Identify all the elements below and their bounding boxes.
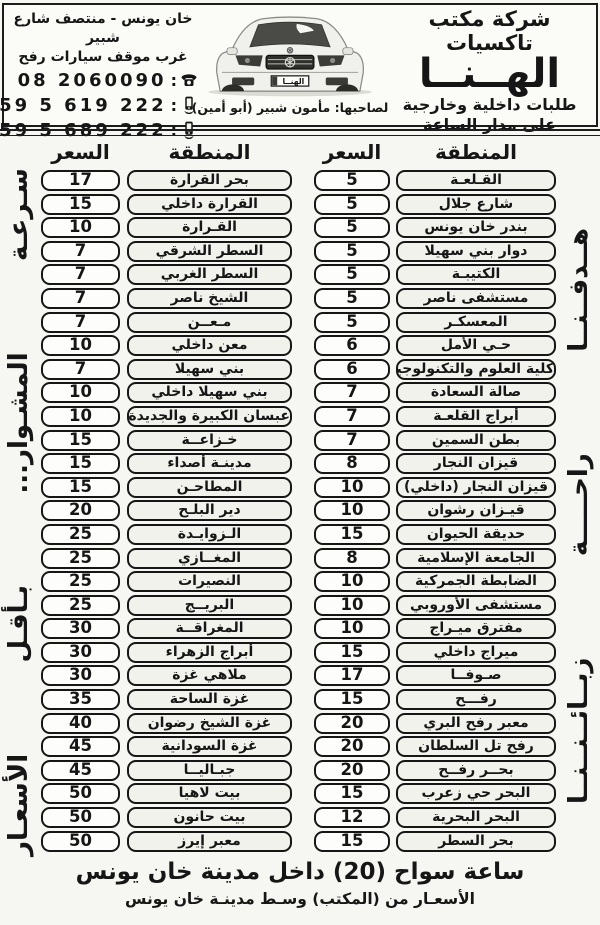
area-cell: كلية العلوم والتكنولوجيا [396,359,556,380]
price-cell: 35 [41,689,120,710]
table-row: الجامعة الإسلامية8 [312,548,556,569]
price-cell: 7 [41,312,120,333]
table-row: المغراقــة30 [38,618,292,639]
table-row: بني سهيلا7 [38,359,292,380]
area-cell: شارع جلال [396,194,556,215]
contact-block: خان يونس - منتصف شارع شبير غرب موقف سيار… [8,10,198,142]
table-row: معبر إيرز50 [38,831,292,852]
table-row: البحر البحرية12 [312,807,556,828]
price-cell: 7 [314,430,390,451]
price-cell: 10 [41,217,120,238]
area-cell: ميراج داخلي [396,642,556,663]
area-cell: الكتيبـة [396,264,556,285]
area-cell: أبراج القلعـة [396,406,556,427]
footer-note: الأسعـار من (المكتب) وسـط مدينـة خان يون… [0,887,600,911]
area-cell: مدينـة أصداء [127,453,292,474]
table-row: البريــج25 [38,595,292,616]
table-row: حديقة الحيوان15 [312,524,556,545]
table-row: القـرارة10 [38,217,292,238]
table-row: البحر حي زعرب15 [312,783,556,804]
table-row: المطاحـن15 [38,477,292,498]
area-cell: بطن السمين [396,430,556,451]
area-cell: النصيرات [127,571,292,592]
table-row: أبراج الزهراء30 [38,642,292,663]
table-row: أبراج القلعـة7 [312,406,556,427]
price-cell: 10 [314,618,390,639]
area-cell: حـي الأمل [396,335,556,356]
phone-row: : 059 5 619 222 [8,93,198,117]
area-cell: بيت لاهيا [127,783,292,804]
price-cell: 15 [41,477,120,498]
table-row: النصيرات25 [38,571,292,592]
table-row: كلية العلوم والتكنولوجيا6 [312,359,556,380]
table-row: ملاهي غزة30 [38,665,292,686]
price-cell: 15 [314,642,390,663]
phone-number: 059 5 619 222 [0,95,167,116]
table-row: الـزوايـدة25 [38,524,292,545]
area-cell: صـوفــا [396,665,556,686]
company-block: شركة مكتب تاكسيات الهــنــا طلبات داخلية… [387,7,592,135]
price-cell: 15 [314,831,390,852]
table-row: الضابطة الجمركية10 [312,571,556,592]
table-body: بحر القرارة17القرارة داخلي15القـرارة10ال… [38,170,292,852]
table-row: السطر الشرقي7 [38,241,292,262]
table-row: معن داخلي10 [38,335,292,356]
footer: ساعة سواح (20) داخل مدينة خان يونس الأسع… [0,857,600,911]
table-row: مـعــن7 [38,312,292,333]
table-row: الشيخ ناصر7 [38,288,292,309]
column-header-area: المنطقة [396,140,556,164]
colon: : [171,71,177,90]
table-row: جبـاليــا45 [38,760,292,781]
price-cell: 10 [314,500,390,521]
price-cell: 20 [314,760,390,781]
price-cell: 10 [314,477,390,498]
price-cell: 5 [314,264,390,285]
price-cell: 7 [41,264,120,285]
table-row: بحــر رفــح20 [312,760,556,781]
price-cell: 25 [41,524,120,545]
mobile-icon [180,96,198,114]
price-cell: 5 [314,312,390,333]
area-cell: جبـاليــا [127,760,292,781]
area-cell: عبسان الكبيرة والجديدة [127,406,292,427]
area-cell: معبر رفح البري [396,713,556,734]
price-cell: 12 [314,807,390,828]
car-image: الهنــا [196,6,384,98]
brand-logo-text: الهــنــا [387,53,592,95]
price-cell: 7 [41,288,120,309]
table-header: المنطقة السعر [38,139,292,165]
table-row: رفـــح15 [312,689,556,710]
price-cell: 6 [314,335,390,356]
area-cell: القـرارة [127,217,292,238]
footer-tour-rate: ساعة سواح (20) داخل مدينة خان يونس [0,857,600,887]
area-cell: رفـــح [396,689,556,710]
area-cell: البحر حي زعرب [396,783,556,804]
price-cell: 20 [314,736,390,757]
area-cell: رفح تل السلطان [396,736,556,757]
price-cell: 10 [41,382,120,403]
price-cell: 15 [41,453,120,474]
telephone-icon [180,71,198,89]
area-cell: مستشفى ناصر [396,288,556,309]
area-cell: مستشفى الأوروبي [396,595,556,616]
price-cell: 7 [314,406,390,427]
price-cell: 15 [41,430,120,451]
price-table-left: المنطقة السعر بحر القرارة17القرارة داخلي… [38,139,292,854]
table-row: المغــازي25 [38,548,292,569]
price-cell: 10 [314,595,390,616]
table-row: غزة الساحة35 [38,689,292,710]
table-row: مستشفى الأوروبي10 [312,595,556,616]
colon: : [171,96,177,115]
table-row: دوار بني سهيلا5 [312,241,556,262]
owner-line: لصاحبها: مأمون شبير (أبو أمين) [184,100,396,115]
table-row: مستشفى ناصر5 [312,288,556,309]
table-row: بيت حانون50 [38,807,292,828]
table-row: قيزان النجار (داخلي)10 [312,477,556,498]
table-row: مدينـة أصداء15 [38,453,292,474]
area-cell: معن داخلي [127,335,292,356]
price-cell: 10 [41,406,120,427]
area-cell: القرارة داخلي [127,194,292,215]
price-cell: 5 [314,241,390,262]
table-row: بندر خان يونس5 [312,217,556,238]
area-cell: بحر السطر [396,831,556,852]
table-row: بحر القرارة17 [38,170,292,191]
price-cell: 50 [41,807,120,828]
price-cell: 5 [314,288,390,309]
table-row: القـلعـة5 [312,170,556,191]
area-cell: غزة الشيخ رضوان [127,713,292,734]
area-cell: القـلعـة [396,170,556,191]
price-cell: 7 [41,241,120,262]
area-cell: صالة السعادة [396,382,556,403]
table-header: المنطقة السعر [312,139,556,165]
price-cell: 30 [41,665,120,686]
area-cell: غزة السودانية [127,736,292,757]
table-row: عبسان الكبيرة والجديدة10 [38,406,292,427]
table-row: معبر رفح البري20 [312,713,556,734]
area-cell: قيزان النجار [396,453,556,474]
area-cell: دوار بني سهيلا [396,241,556,262]
area-cell: مـعــن [127,312,292,333]
area-cell: بحــر رفــح [396,760,556,781]
area-cell: معبر إيرز [127,831,292,852]
area-cell: المغراقــة [127,618,292,639]
price-cell: 50 [41,831,120,852]
table-row: القرارة داخلي15 [38,194,292,215]
table-row: غزة السودانية45 [38,736,292,757]
table-row: قيزان النجار8 [312,453,556,474]
area-cell: خـزاعــة [127,430,292,451]
license-plate-text: الهنــا [283,77,305,86]
area-cell: الجامعة الإسلامية [396,548,556,569]
area-cell: المغــازي [127,548,292,569]
area-cell: الـزوايـدة [127,524,292,545]
price-cell: 30 [41,618,120,639]
area-cell: بني سهيلا [127,359,292,380]
price-cell: 10 [314,571,390,592]
price-cell: 20 [314,713,390,734]
slogan-left-strip: سـرعـة المشـوار... بـأقـل الأسعـار [1,168,38,856]
area-cell: قيزان النجار (داخلي) [396,477,556,498]
table-row: بيت لاهيا50 [38,783,292,804]
area-cell: المعسكـر [396,312,556,333]
tagline-services: طلبات داخلية وخارجية [387,95,592,115]
column-header-price: السعر [314,140,390,164]
area-cell: السطر الشرقي [127,241,292,262]
price-cell: 5 [314,217,390,238]
area-cell: بيت حانون [127,807,292,828]
table-row: صـوفــا17 [312,665,556,686]
price-cell: 45 [41,736,120,757]
car-photo: الهنــا [196,6,384,98]
area-cell: قيـزان رشوان [396,500,556,521]
table-row: السطر الغربي7 [38,264,292,285]
slogan-right-strip: هــدفــنــا راحـــــة زبــائــنــنــا [561,228,598,804]
table-row: صالة السعادة7 [312,382,556,403]
area-cell: غزة الساحة [127,689,292,710]
table-row: مفترق ميـراج10 [312,618,556,639]
price-cell: 6 [314,359,390,380]
price-cell: 8 [314,548,390,569]
price-cell: 15 [314,524,390,545]
area-cell: الشيخ ناصر [127,288,292,309]
price-cell: 45 [41,760,120,781]
price-cell: 40 [41,713,120,734]
area-cell: السطر الغربي [127,264,292,285]
price-cell: 15 [314,783,390,804]
table-body: القـلعـة5شارع جلال5بندر خان يونس5دوار بن… [312,170,556,852]
price-cell: 5 [314,194,390,215]
company-name: شركة مكتب تاكسيات [387,7,592,55]
table-row: شارع جلال5 [312,194,556,215]
table-row: بني سهيلا داخلي10 [38,382,292,403]
table-row: غزة الشيخ رضوان40 [38,713,292,734]
price-cell: 20 [41,500,120,521]
address-line-2: غرب موقف سيارات رفح [8,48,198,67]
phone-number: 08 2060090 [18,70,167,91]
price-cell: 8 [314,453,390,474]
table-row: المعسكـر5 [312,312,556,333]
area-cell: البحر البحرية [396,807,556,828]
table-row: ميراج داخلي15 [312,642,556,663]
area-cell: البريــج [127,595,292,616]
phone-row: : 08 2060090 [8,68,198,92]
price-cell: 5 [314,170,390,191]
table-row: رفح تل السلطان20 [312,736,556,757]
price-cell: 7 [41,359,120,380]
header: شركة مكتب تاكسيات الهــنــا طلبات داخلية… [2,3,598,127]
column-header-price: السعر [41,140,120,164]
address-line-1: خان يونس - منتصف شارع شبير [8,10,198,48]
table-row: حـي الأمل6 [312,335,556,356]
price-cell: 25 [41,595,120,616]
slogan-right-text: هــدفــنــا راحـــــة زبــائــنــنــا [561,228,598,804]
price-cell: 30 [41,642,120,663]
area-cell: ملاهي غزة [127,665,292,686]
price-cell: 50 [41,783,120,804]
price-cell: 15 [314,689,390,710]
header-divider [0,129,600,136]
area-cell: بحر القرارة [127,170,292,191]
price-table-right: المنطقة السعر القـلعـة5شارع جلال5بندر خا… [312,139,556,854]
price-cell: 25 [41,548,120,569]
area-cell: الضابطة الجمركية [396,571,556,592]
price-cell: 17 [41,170,120,191]
table-row: بحر السطر15 [312,831,556,852]
price-cell: 25 [41,571,120,592]
table-row: دير البلـح20 [38,500,292,521]
area-cell: مفترق ميـراج [396,618,556,639]
price-cell: 15 [41,194,120,215]
price-cell: 10 [41,335,120,356]
area-cell: بندر خان يونس [396,217,556,238]
area-cell: المطاحـن [127,477,292,498]
area-cell: دير البلـح [127,500,292,521]
price-cell: 17 [314,665,390,686]
taxi-price-flyer: شركة مكتب تاكسيات الهــنــا طلبات داخلية… [0,0,600,925]
table-row: قيـزان رشوان10 [312,500,556,521]
price-cell: 7 [314,382,390,403]
table-row: خـزاعــة15 [38,430,292,451]
area-cell: أبراج الزهراء [127,642,292,663]
area-cell: بني سهيلا داخلي [127,382,292,403]
column-header-area: المنطقة [127,140,292,164]
table-row: بطن السمين7 [312,430,556,451]
table-row: الكتيبـة5 [312,264,556,285]
area-cell: حديقة الحيوان [396,524,556,545]
slogan-left-text: سـرعـة المشـوار... بـأقـل الأسعـار [1,168,38,856]
